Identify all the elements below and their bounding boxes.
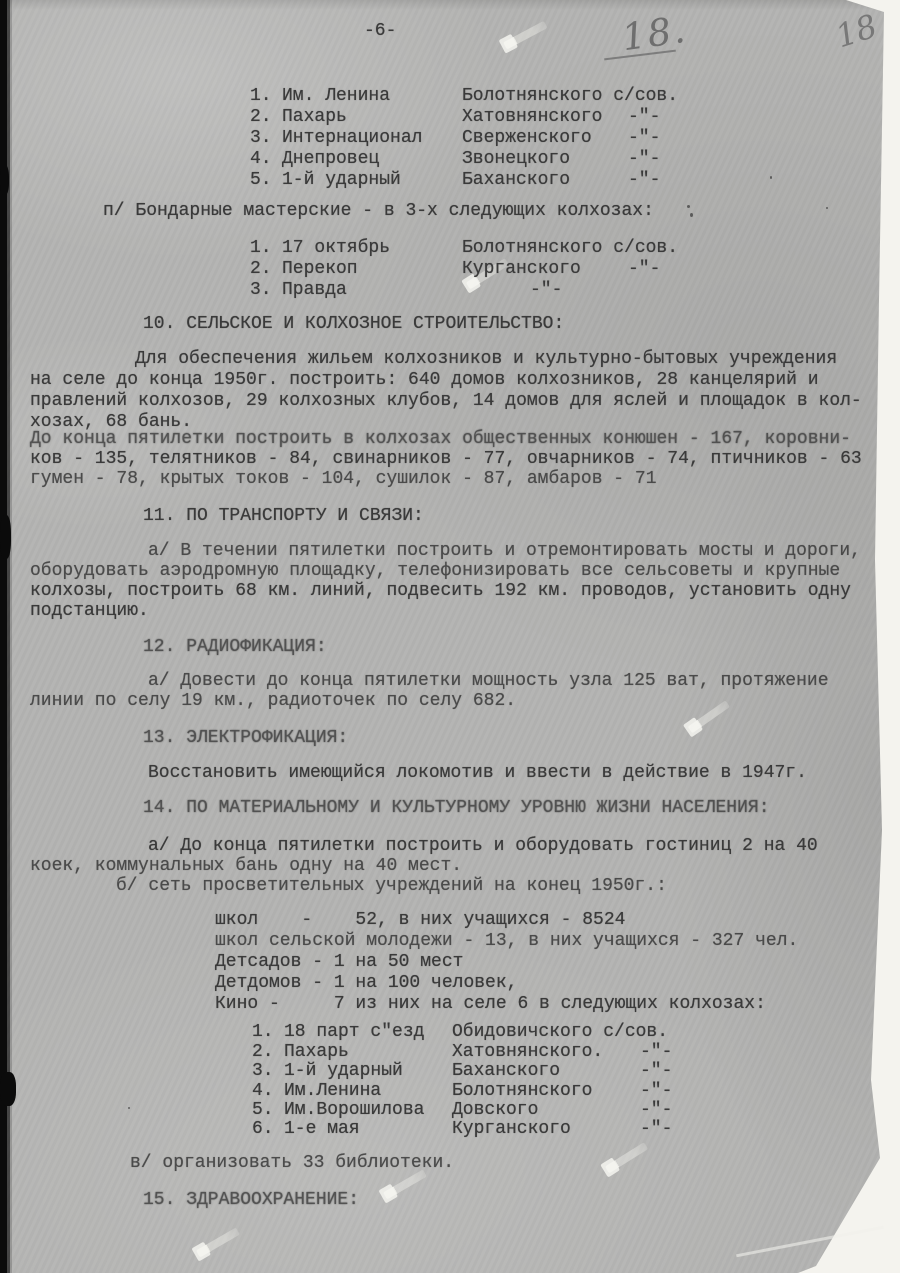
village-council: Болотнянского с/сов. xyxy=(462,238,678,258)
row-number: 2. xyxy=(252,1042,274,1062)
section-10-heading: 10. СЕЛЬСКОЕ И КОЛХОЗНОЕ СТРОИТЕЛЬСТВО: xyxy=(143,314,564,334)
paragraph-line: коек, коммунальных бань одну на 40 мест. xyxy=(30,856,462,876)
kolkhoz-name: Правда xyxy=(282,280,347,300)
row-number: 3. xyxy=(252,1061,274,1081)
section-11-heading: 11. ПО ТРАНСПОРТУ И СВЯЗИ: xyxy=(143,506,424,526)
row-number: 2. xyxy=(250,259,272,279)
row-number: 1. xyxy=(250,238,272,258)
kolkhoz-row: 1. 18 парт с"езд Обидовичского с/сов. xyxy=(0,1022,900,1042)
section-14-heading: 14. ПО МАТЕРИАЛЬНОМУ И КУЛЬТУРНОМУ УРОВН… xyxy=(143,798,770,818)
kolkhoz-name: Им. Ленина xyxy=(282,86,390,106)
paragraph-line: гумен - 78, крытых токов - 104, сушилок … xyxy=(30,469,657,489)
kolkhoz-name: Перекоп xyxy=(282,259,358,279)
row-number: 4. xyxy=(250,149,272,169)
village-council: Болотнянского xyxy=(452,1081,592,1101)
row-number: 1. xyxy=(252,1022,274,1042)
ditto-mark: -"- xyxy=(530,280,562,300)
village-council: Баханского xyxy=(452,1061,560,1081)
ditto-mark: -"- xyxy=(640,1119,672,1139)
row-number: 1. xyxy=(250,86,272,106)
section-12-heading: 12. РАДИОФИКАЦИЯ: xyxy=(143,637,327,657)
kolkhoz-name: Им.Ленина xyxy=(284,1081,381,1101)
paragraph-line: правлений колхозов, 29 колхозных клубов,… xyxy=(30,391,862,411)
kolkhoz-row: 3. Интернационал Сверженского -"- xyxy=(0,128,900,148)
kolkhoz-row: 1. Им. Ленина Болотнянского с/сов. xyxy=(0,86,900,106)
kolkhoz-row: 3. 1-й ударный Баханского -"- xyxy=(0,1061,900,1081)
kolkhoz-row: 3. Правда -"- xyxy=(0,280,900,300)
village-council: Курганского xyxy=(452,1119,571,1139)
village-council: Сверженского xyxy=(462,128,592,148)
kolkhoz-row: 2. Пахарь Хатовнянского. -"- xyxy=(0,1042,900,1062)
ditto-mark: -"- xyxy=(628,149,660,169)
paragraph-line: на селе до конца 1950г. построить: 640 д… xyxy=(30,370,819,390)
ditto-mark: -"- xyxy=(640,1081,672,1101)
scanned-document-page: -6- 18. 18 1. Им. Ленина Болотнянского с… xyxy=(0,0,900,1273)
paragraph-line: подстанцию. xyxy=(30,601,149,621)
ditto-mark: -"- xyxy=(628,170,660,190)
row-number: 5. xyxy=(250,170,272,190)
kolkhoz-name: 1-е мая xyxy=(284,1119,360,1139)
kolkhoz-name: Пахарь xyxy=(284,1042,349,1062)
village-council: Болотнянского с/сов. xyxy=(462,86,678,106)
paragraph-line: линии по селу 19 км., радиоточек по селу… xyxy=(30,691,516,711)
paragraph-line: колхозы, построить 68 км. линий, подвеси… xyxy=(30,581,851,601)
village-council: Довского xyxy=(452,1100,538,1120)
paragraph-line: Для обеспечения жильем колхозников и кул… xyxy=(135,349,837,369)
stat-line: Кино - 7 из них на селе 6 в следующих ко… xyxy=(215,994,766,1014)
scan-edge-blob xyxy=(0,515,11,559)
row-number: 2. xyxy=(250,107,272,127)
village-council: Хатовнянского. xyxy=(452,1042,603,1062)
ditto-mark: -"- xyxy=(628,128,660,148)
kolkhoz-name: 17 октябрь xyxy=(282,238,390,258)
village-council: Звонецкого xyxy=(462,149,570,169)
paragraph-line: ков - 135, телятников - 84, свинарников … xyxy=(30,449,862,469)
paragraph-line: б/ сеть просветительных учреждений на ко… xyxy=(116,876,667,896)
ink-speck xyxy=(687,205,690,208)
kolkhoz-row: 1. 17 октябрь Болотнянского с/сов. xyxy=(0,238,900,258)
paragraph-line: а/ Довести до конца пятилетки мощность у… xyxy=(148,671,829,691)
kolkhoz-name: Днепровец xyxy=(282,149,379,169)
paragraph-line: Восстановить имеющийся локомотив и ввест… xyxy=(148,763,807,783)
stat-line: Детдомов - 1 на 100 человек, xyxy=(215,973,517,993)
ink-speck xyxy=(826,207,828,209)
libraries-line: в/ организовать 33 библиотеки. xyxy=(130,1153,454,1173)
paragraph-line: До конца пятилетки построить в колхозах … xyxy=(30,429,851,449)
village-council: Хатовнянского xyxy=(462,107,602,127)
kolkhoz-row: 4. Днепровец Звонецкого -"- xyxy=(0,149,900,169)
kolkhoz-row: 6. 1-е мая Курганского -"- xyxy=(0,1119,900,1139)
kolkhoz-row: 4. Им.Ленина Болотнянского -"- xyxy=(0,1081,900,1101)
kolkhoz-name: 18 парт с"езд xyxy=(284,1022,424,1042)
kolkhoz-row: 5. Им.Ворошилова Довского -"- xyxy=(0,1100,900,1120)
typed-page-number: -6- xyxy=(364,21,396,41)
stat-line: школ сельской молодежи - 13, в них учащи… xyxy=(215,931,798,951)
kolkhoz-row: 5. 1-й ударный Баханского -"- xyxy=(0,170,900,190)
row-number: 3. xyxy=(250,128,272,148)
kolkhoz-name: 1-й ударный xyxy=(284,1061,403,1081)
kolkhoz-row: 2. Перекоп Курганского -"- xyxy=(0,259,900,279)
kolkhoz-name: Пахарь xyxy=(282,107,347,127)
ditto-mark: -"- xyxy=(628,107,660,127)
stat-line: школ - 52, в них учащихся - 8524 xyxy=(215,910,625,930)
kolkhoz-name: Им.Ворошилова xyxy=(284,1100,424,1120)
ink-speck xyxy=(690,213,693,217)
ditto-mark: -"- xyxy=(628,259,660,279)
ditto-mark: -"- xyxy=(640,1100,672,1120)
row-number: 5. xyxy=(252,1100,274,1120)
ditto-mark: -"- xyxy=(640,1042,672,1062)
paragraph-line: а/ В течении пятилетки построить и отрем… xyxy=(148,541,861,561)
paragraph-line: а/ До конца пятилетки построить и оборуд… xyxy=(148,836,818,856)
kolkhoz-name: Интернационал xyxy=(282,128,422,148)
section-13-heading: 13. ЭЛЕКТРОФИКАЦИЯ: xyxy=(143,728,348,748)
kolkhoz-name: 1-й ударный xyxy=(282,170,401,190)
village-council: Обидовичского с/сов. xyxy=(452,1022,668,1042)
row-number: 6. xyxy=(252,1119,274,1139)
cooper-workshops-label: п/ Бондарные мастерские - в 3-х следующи… xyxy=(103,201,654,221)
paragraph-line: оборудовать аэродромную площадку, телефо… xyxy=(30,561,840,581)
row-number: 4. xyxy=(252,1081,274,1101)
section-15-heading: 15. ЗДРАВООХРАНЕНИЕ: xyxy=(143,1190,359,1210)
row-number: 3. xyxy=(250,280,272,300)
village-council: Баханского xyxy=(462,170,570,190)
stat-line: Детсадов - 1 на 50 мест xyxy=(215,952,463,972)
ditto-mark: -"- xyxy=(640,1061,672,1081)
village-council: Курганского xyxy=(462,259,581,279)
kolkhoz-row: 2. Пахарь Хатовнянского -"- xyxy=(0,107,900,127)
